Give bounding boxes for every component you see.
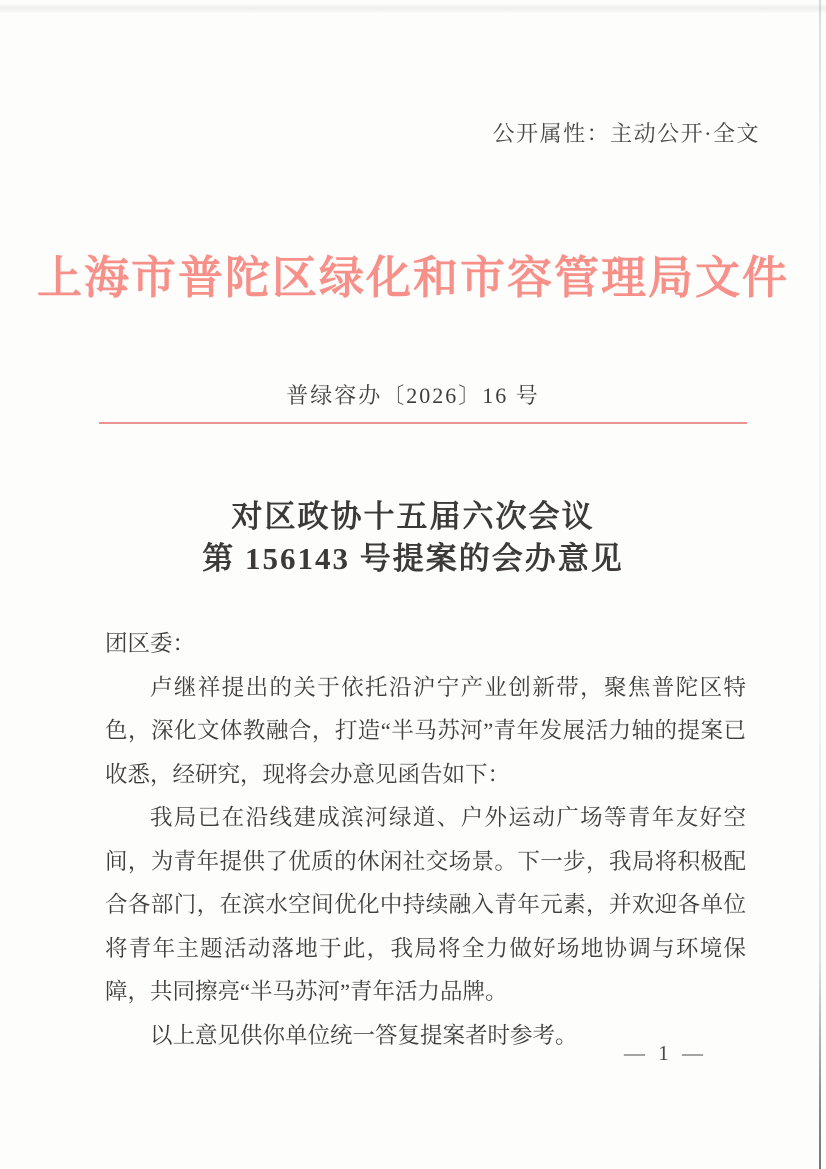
document-body: 团区委： 卢继祥提出的关于依托沿沪宁产业创新带，聚焦普陀区特色，深化文体教融合，… <box>105 622 746 1057</box>
disclosure-notice: 公开属性：主动公开·全文 <box>493 117 760 148</box>
page-number: — 1 — <box>624 1041 707 1066</box>
scanned-document-page: 公开属性：主动公开·全文 上海市普陀区绿化和市容管理局文件 普绿容办〔2026〕… <box>0 0 826 1169</box>
salutation: 团区委： <box>105 622 746 666</box>
document-title: 对区政协十五届六次会议 第 156143 号提案的会办意见 <box>0 496 826 580</box>
letterhead-title: 上海市普陀区绿化和市容管理局文件 <box>0 241 826 306</box>
document-number: 普绿容办〔2026〕16 号 <box>0 379 826 410</box>
body-paragraph-1: 卢继祥提出的关于依托沿沪宁产业创新带，聚焦普陀区特色，深化文体教融合，打造“半马… <box>105 666 746 797</box>
document-title-line2: 第 156143 号提案的会办意见 <box>0 538 826 580</box>
scan-artifact-right-edge <box>819 0 821 1169</box>
body-paragraph-2: 我局已在沿线建成滨河绿道、户外运动广场等青年友好空间，为青年提供了优质的休闲社交… <box>105 796 746 1014</box>
document-title-line1: 对区政协十五届六次会议 <box>0 496 826 538</box>
scan-artifact-top-edge <box>0 4 826 13</box>
red-separator-line <box>99 422 747 424</box>
